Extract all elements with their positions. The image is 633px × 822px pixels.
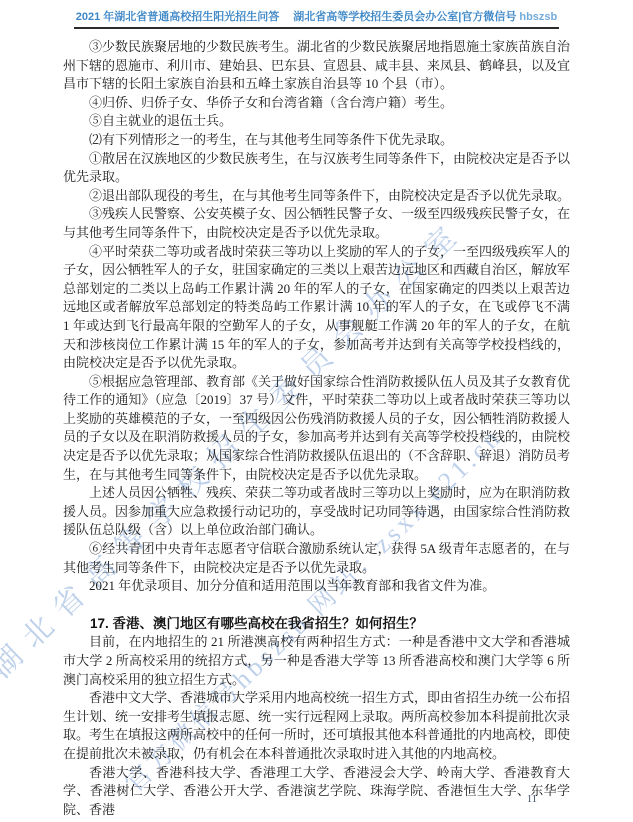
body-paragraph: 香港中文大学、香港城市大学采用内地高校统一招生方式，即由省招生办统一公布招生计划…	[63, 689, 570, 763]
page-number: 11	[527, 794, 537, 805]
body-paragraph: ④归侨、归侨子女、华侨子女和台湾省籍（含台湾户籍）考生。	[63, 94, 570, 113]
body-paragraph: 2021 年优录项目、加分分值和适用范围以当年教育部和我省文件为准。	[63, 577, 570, 596]
document-body: ③少数民族聚居地的少数民族考生。湖北省的少数民族聚居地指恩施土家族苗族自治州下辖…	[0, 29, 633, 819]
body-paragraph: 目前，在内地招生的 21 所港澳高校有两种招生方式：一种是香港中文大学和香港城市…	[63, 633, 570, 689]
header-wechat-id: hbszsb	[519, 11, 557, 23]
header-booklet-title: 2021 年湖北省普通高校招生阳光招生问答	[76, 11, 280, 23]
body-paragraph: ②退出部队现役的考生，在与其他考生同等条件下，由院校决定是否予以优先录取。	[63, 187, 570, 206]
header-office-name: 湖北省高等学校招生委员会办公室|官方微信号	[293, 11, 516, 23]
header-rule: 2021 年湖北省普通高校招生阳光招生问答湖北省高等学校招生委员会办公室|官方微…	[74, 8, 560, 29]
body-paragraph: 香港大学、香港科技大学、香港理工大学、香港浸会大学、岭南大学、香港教育大学、香港…	[63, 764, 570, 820]
body-paragraph: ⑤自主就业的退伍士兵。	[63, 112, 570, 131]
body-paragraph: ⑵有下列情形之一的考生，在与其他考生同等条件下优先录取。	[63, 131, 570, 150]
body-paragraph: ⑥经共青团中央青年志愿者守信联合激励系统认定，获得 5A 级青年志愿者的，在与其…	[63, 540, 570, 577]
body-paragraph: 上述人员因公牺牲、残疾、荣获二等功或者战时三等功以上奖励时，应为在职消防救援人员…	[63, 484, 570, 540]
body-paragraph: ③残疾人民警察、公安英模子女、因公牺牲民警子女、一级至四级残疾民警子女，在与其他…	[63, 205, 570, 242]
body-paragraph: ③少数民族聚居地的少数民族考生。湖北省的少数民族聚居地指恩施土家族苗族自治州下辖…	[63, 38, 570, 94]
document-page: 湖北省高等学校招生委员会办公室 官方微信号hbszsb 网站：zsxx.e21.…	[0, 0, 633, 822]
page-header: 2021 年湖北省普通高校招生阳光招生问答湖北省高等学校招生委员会办公室|官方微…	[0, 0, 633, 29]
body-paragraph: ④平时荣获二等功或者战时荣获三等功以上奖励的军人的子女，一至四级残疾军人的子女，…	[63, 243, 570, 373]
question-heading: 17. 香港、澳门地区有哪些高校在我省招生？如何招生？	[63, 615, 570, 634]
body-paragraph: ⑤根据应急管理部、教育部《关于做好国家综合性消防救援队伍人员及其子女教育优待工作…	[63, 373, 570, 485]
body-paragraph: ①散居在汉族地区的少数民族考生，在与汉族考生同等条件下，由院校决定是否予以优先录…	[63, 150, 570, 187]
